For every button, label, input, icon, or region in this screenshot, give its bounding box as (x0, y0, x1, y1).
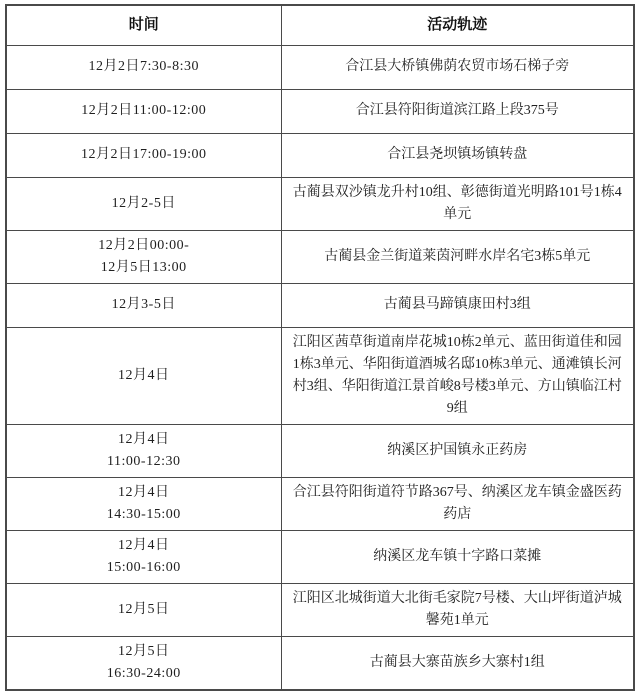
time-cell: 12月2日11:00-12:00 (6, 89, 281, 133)
time-cell: 12月5日 (6, 583, 281, 636)
track-column-header: 活动轨迹 (281, 5, 634, 45)
track-cell: 古蔺县大寨苗族乡大寨村1组 (281, 636, 634, 690)
table-row: 12月2日7:30-8:30 合江县大桥镇佛荫农贸市场石梯子旁 (6, 45, 634, 89)
table-row: 12月4日 15:00-16:00 纳溪区龙车镇十字路口菜摊 (6, 530, 634, 583)
track-cell: 合江县符阳街道滨江路上段375号 (281, 89, 634, 133)
time-cell: 12月4日 11:00-12:30 (6, 424, 281, 477)
table-row: 12月4日 江阳区茜草街道南岸花城10栋2单元、蓝田街道佳和园1栋3单元、华阳街… (6, 327, 634, 424)
time-cell: 12月3-5日 (6, 283, 281, 327)
track-cell: 古蔺县金兰街道莱茵河畔水岸名宅3栋5单元 (281, 230, 634, 283)
time-cell: 12月2日00:00- 12月5日13:00 (6, 230, 281, 283)
track-cell: 合江县尧坝镇场镇转盘 (281, 133, 634, 177)
activity-track-page: 时间 活动轨迹 12月2日7:30-8:30 合江县大桥镇佛荫农贸市场石梯子旁 … (0, 0, 640, 695)
time-cell: 12月2日7:30-8:30 (6, 45, 281, 89)
track-cell: 合江县大桥镇佛荫农贸市场石梯子旁 (281, 45, 634, 89)
time-cell: 12月4日 (6, 327, 281, 424)
time-column-header: 时间 (6, 5, 281, 45)
table-row: 12月4日 14:30-15:00 合江县符阳街道符节路367号、纳溪区龙车镇金… (6, 477, 634, 530)
track-cell: 纳溪区龙车镇十字路口菜摊 (281, 530, 634, 583)
activity-track-table: 时间 活动轨迹 12月2日7:30-8:30 合江县大桥镇佛荫农贸市场石梯子旁 … (5, 4, 635, 691)
time-cell: 12月2日17:00-19:00 (6, 133, 281, 177)
track-cell: 古蔺县双沙镇龙升村10组、彰德街道光明路101号1栋4单元 (281, 177, 634, 230)
track-cell: 古蔺县马蹄镇康田村3组 (281, 283, 634, 327)
time-cell: 12月4日 14:30-15:00 (6, 477, 281, 530)
table-row: 12月5日 16:30-24:00 古蔺县大寨苗族乡大寨村1组 (6, 636, 634, 690)
table-row: 12月2-5日 古蔺县双沙镇龙升村10组、彰德街道光明路101号1栋4单元 (6, 177, 634, 230)
table-row: 12月5日 江阳区北城街道大北街毛家院7号楼、大山坪街道泸城馨苑1单元 (6, 583, 634, 636)
time-cell: 12月5日 16:30-24:00 (6, 636, 281, 690)
track-cell: 合江县符阳街道符节路367号、纳溪区龙车镇金盛医药药店 (281, 477, 634, 530)
table-row: 12月2日00:00- 12月5日13:00 古蔺县金兰街道莱茵河畔水岸名宅3栋… (6, 230, 634, 283)
table-row: 12月3-5日 古蔺县马蹄镇康田村3组 (6, 283, 634, 327)
table-row: 12月4日 11:00-12:30 纳溪区护国镇永正药房 (6, 424, 634, 477)
time-cell: 12月4日 15:00-16:00 (6, 530, 281, 583)
table-row: 12月2日11:00-12:00 合江县符阳街道滨江路上段375号 (6, 89, 634, 133)
time-cell: 12月2-5日 (6, 177, 281, 230)
track-cell: 纳溪区护国镇永正药房 (281, 424, 634, 477)
table-row: 12月2日17:00-19:00 合江县尧坝镇场镇转盘 (6, 133, 634, 177)
track-cell: 江阳区北城街道大北街毛家院7号楼、大山坪街道泸城馨苑1单元 (281, 583, 634, 636)
track-cell: 江阳区茜草街道南岸花城10栋2单元、蓝田街道佳和园1栋3单元、华阳街道酒城名邸1… (281, 327, 634, 424)
header-row: 时间 活动轨迹 (6, 5, 634, 45)
